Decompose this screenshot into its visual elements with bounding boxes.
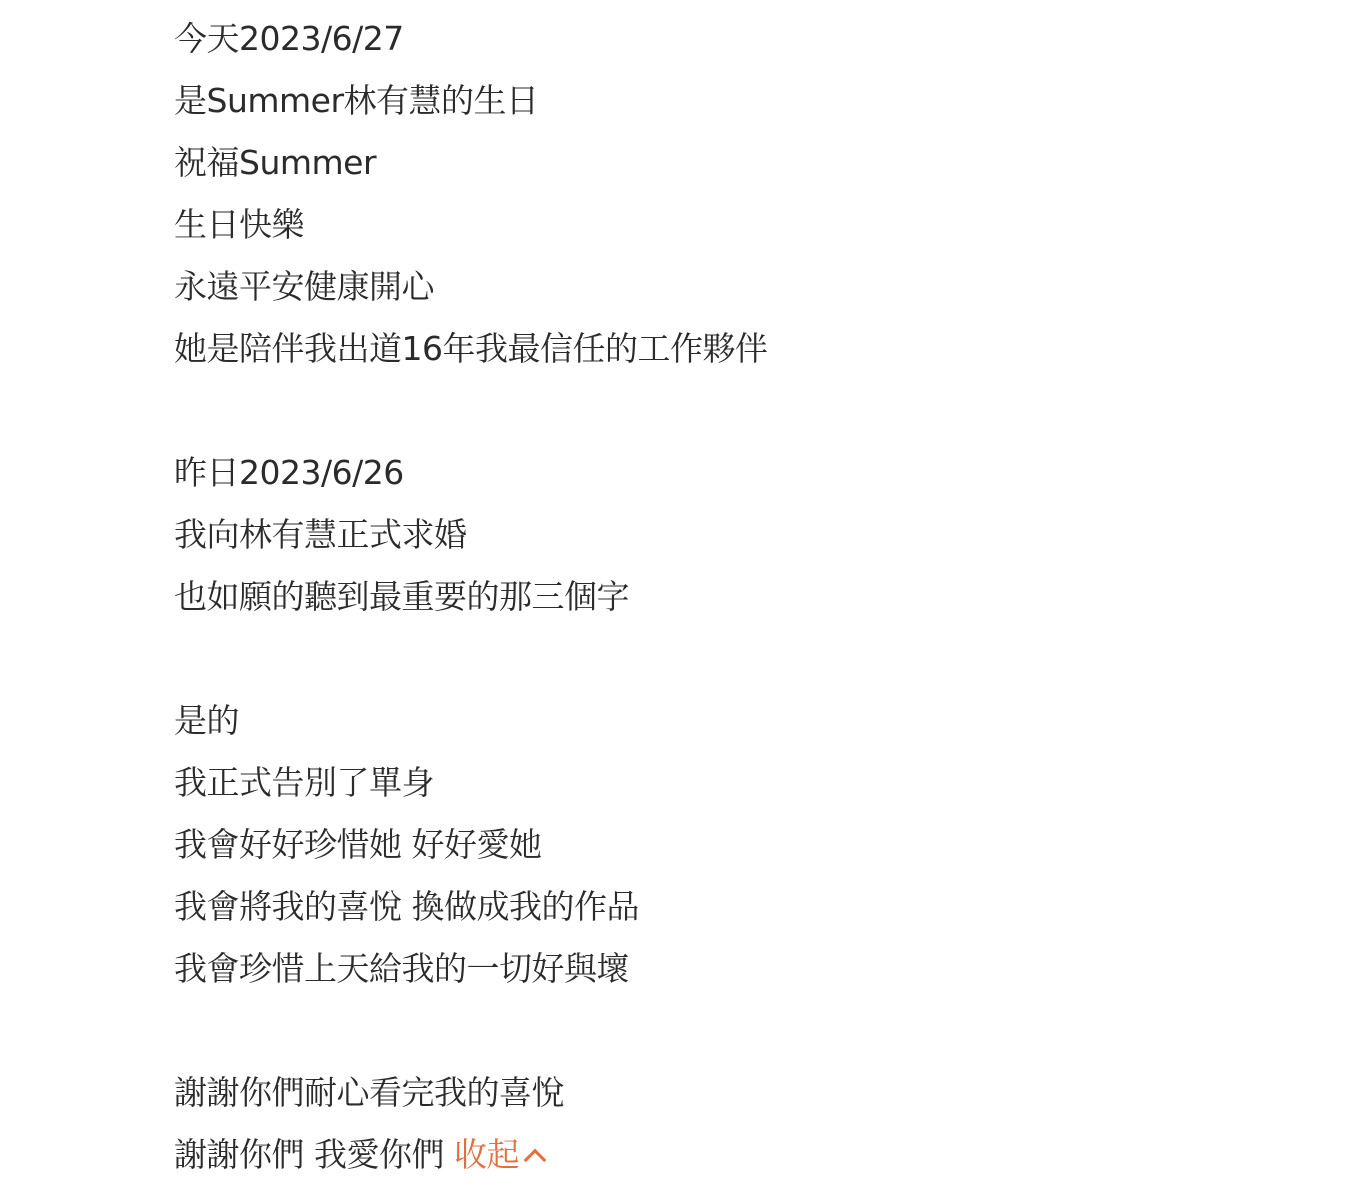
paragraph-spacer (174, 1000, 1174, 1062)
post-line: 我會珍惜上天給我的一切好與壞 (174, 938, 1174, 1000)
post-line: 我會將我的喜悅 換做成我的作品 (174, 876, 1174, 938)
post-line: 我向林有慧正式求婚 (174, 504, 1174, 566)
paragraph-1: 今天2023/6/27 是Summer林有慧的生日 祝福Summer 生日快樂 … (174, 8, 1174, 380)
post-line: 昨日2023/6/26 (174, 442, 1174, 504)
post-line: 祝福Summer (174, 132, 1174, 194)
post-line: 我會好好珍惜她 好好愛她 (174, 814, 1174, 876)
post-line: 謝謝你們耐心看完我的喜悅 (174, 1062, 1174, 1124)
paragraph-4: 謝謝你們耐心看完我的喜悅 謝謝你們 我愛你們收起 (174, 1062, 1174, 1186)
collapse-link[interactable]: 收起 (454, 1135, 543, 1174)
post-line: 是的 (174, 690, 1174, 752)
post-line: 是Summer林有慧的生日 (174, 70, 1174, 132)
post-line: 今天2023/6/27 (174, 8, 1174, 70)
post-line-text: 謝謝你們 我愛你們 (174, 1135, 444, 1174)
post-line: 我正式告別了單身 (174, 752, 1174, 814)
post-line: 她是陪伴我出道16年我最信任的工作夥伴 (174, 318, 1174, 380)
post-line: 生日快樂 (174, 194, 1174, 256)
post-line: 也如願的聽到最重要的那三個字 (174, 566, 1174, 628)
paragraph-2: 昨日2023/6/26 我向林有慧正式求婚 也如願的聽到最重要的那三個字 (174, 442, 1174, 628)
post-line: 永遠平安健康開心 (174, 256, 1174, 318)
post-body: 今天2023/6/27 是Summer林有慧的生日 祝福Summer 生日快樂 … (174, 8, 1174, 1186)
paragraph-spacer (174, 380, 1174, 442)
paragraph-spacer (174, 628, 1174, 690)
collapse-label: 收起 (454, 1135, 519, 1174)
post-last-line: 謝謝你們 我愛你們收起 (174, 1124, 1174, 1186)
chevron-up-icon (524, 1149, 547, 1172)
paragraph-3: 是的 我正式告別了單身 我會好好珍惜她 好好愛她 我會將我的喜悅 換做成我的作品… (174, 690, 1174, 1000)
